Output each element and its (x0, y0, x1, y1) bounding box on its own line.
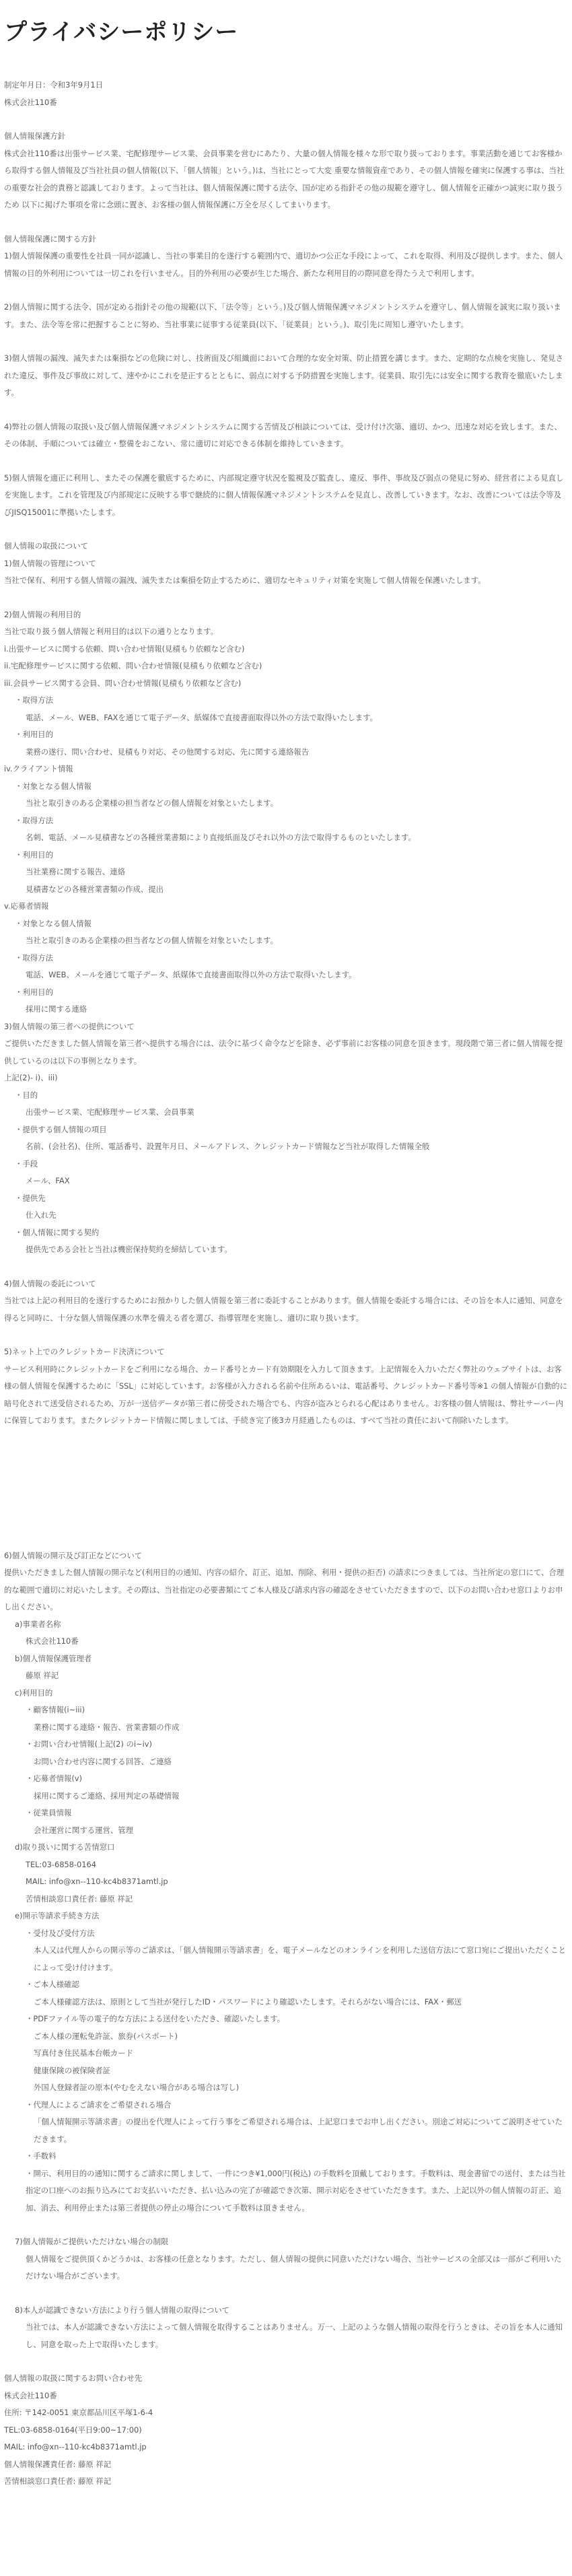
section-text: ご提供いただきました個人情報を第三者へ提供する場合には、法令に基づく命令などを除… (4, 1035, 568, 1070)
section-text: 株式会社110番 (4, 1633, 568, 1650)
enacted-date: 制定年月日：令和3年9月1日 (4, 77, 568, 94)
section-text: ・取得方法 (4, 950, 568, 967)
section-text: 名刺、電話、メール見積書などの各種営業書類により直接紙面及びそれ以外の方法で取得… (4, 829, 568, 847)
section-text: 本人又は代理人からの開示等のご請求は、「個人情報開示等請求書」を、電子メールなど… (4, 1942, 568, 1976)
section-heading: 個人情報の取扱について (4, 538, 568, 555)
section-text: 外国人登録者証の原本(やむをえない場合がある場合は写し) (4, 2079, 568, 2097)
section-text: 当社と取引きのある企業様の担当者などの個人情報を対象といたします。 (4, 795, 568, 812)
section-text: ・取得方法 (4, 812, 568, 830)
section-text: ・提供先 (4, 1190, 568, 1208)
section-text: ・従業員情報 (4, 1805, 568, 1822)
section-text: iv.クライアント情報 (4, 761, 568, 778)
section-text: 採用に関する連絡 (4, 1001, 568, 1018)
section-text: ・ご本人様確認 (4, 1976, 568, 1994)
section-text: 採用に関するご連絡、採用判定の基礎情報 (4, 1788, 568, 1805)
section-spacer (4, 214, 568, 231)
privacy-policy-page: プライバシーポリシー 制定年月日：令和3年9月1日 株式会社110番 個人情報保… (0, 0, 572, 2517)
section-text: iii.会員サービス関する会員、問い合わせ情報(見積もり依頼など含む) (4, 675, 568, 693)
section-spacer (4, 1259, 568, 1276)
section-spacer (4, 282, 568, 299)
section-text: 会社運営に関する運営、管理 (4, 1822, 568, 1840)
section-text: ii.宅配修理サービスに関する依頼、問い合わせ情報(見積もり依頼など含む) (4, 658, 568, 675)
section-text: 当社で保有、利用する個人情報の漏洩、滅失または棄損を防止するために、適切なセキュ… (4, 572, 568, 590)
section-text: ・受付及び受付方法 (4, 1925, 568, 1943)
section-text: ・対象となる個人情報 (4, 915, 568, 933)
section-text: ご本人様確認方法は、原則として当社が発行したID・パスワードにより確認いたします… (4, 1994, 568, 2011)
section-text: 電話、WEB、メールを通じて電子データ、紙媒体で直接書面取得以外の方法で取得いた… (4, 967, 568, 984)
section-heading: 5)個人情報を適正に利用し、またその保護を徹底するために、内部規定遵守状況を監視… (4, 470, 568, 522)
section-heading: 4)弊社の個人情報の取扱い及び個人情報保護マネジメントシステムに関する苦情及び相… (4, 419, 568, 453)
section-heading: 個人情報の取扱に関するお問い合わせ先 (4, 2370, 568, 2388)
section-spacer (4, 1430, 568, 1547)
section-text: TEL:03-6858-0164(平日9:00~17:00) (4, 2422, 568, 2439)
policy-sections: 個人情報保護方針株式会社110番は出張サービス業、宅配修理サービス業、会員事業を… (4, 111, 568, 2491)
section-text: MAIL: info@xn--110-kc4b8371amtl.jp (4, 1873, 568, 1891)
section-text: 株式会社110番 (4, 2388, 568, 2405)
section-text: 業務に関する連絡・報告、営業書類の作成 (4, 1719, 568, 1737)
section-text: 「個人情報開示等請求書」の提出を代理人によって行う事をご希望される場合は、上記窓… (4, 2114, 568, 2148)
section-text: 当社で取り扱う個人情報と利用目的は以下の通りとなります。 (4, 623, 568, 641)
section-unrecognized: 8)本人が認識できない方法により行う個人情報の取得について当社では、本人が認識で… (4, 2302, 568, 2354)
section-text: 藤原 祥記 (4, 1667, 568, 1685)
section-heading: 7)個人情報がご提供いただけない場合の制限 (4, 2233, 568, 2251)
section-spacer (4, 402, 568, 419)
section-heading: 8)本人が認識できない方法により行う個人情報の取得について (4, 2302, 568, 2320)
section-spacer (4, 590, 568, 606)
section-text: 個人情報保護責任者: 藤原 祥記 (4, 2456, 568, 2474)
section-text: e)開示等請求手続き方法 (4, 1908, 568, 1925)
section-text: ・利用目的 (4, 847, 568, 864)
section-text: ・お問い合わせ情報(上記(2) のi~iv) (4, 1736, 568, 1753)
section-principles: 個人情報保護に関する方針1)個人情報保護の重要性を社員一同が認識し、当社の事業目… (4, 231, 568, 283)
section-text: 1)個人情報の管理について (4, 555, 568, 573)
page-title: プライバシーポリシー (4, 19, 568, 46)
section-text: ・手数料 (4, 2148, 568, 2165)
section-text: 出張サービス業、宅配修理サービス業、会員事業 (4, 1104, 568, 1121)
section-text: ・顧客情報(i~iii) (4, 1702, 568, 1719)
section-text: ・応募者情報(v) (4, 1770, 568, 1788)
section-heading: 個人情報保護に関する方針 (4, 231, 568, 248)
section-text: 株式会社110番は出張サービス業、宅配修理サービス業、会員事業を営むにあたり、大… (4, 145, 568, 214)
section-text: i.出張サービスに関する依頼、問い合わせ情報(見積もり依頼など含む) (4, 641, 568, 658)
section-heading: 個人情報保護方針 (4, 128, 568, 145)
section-text: 当社と取引きのある企業様の担当者などの個人情報を対象といたします。 (4, 932, 568, 950)
section-text: 仕入れ先 (4, 1207, 568, 1224)
section-principle-5: 5)個人情報を適正に利用し、またその保護を徹底するために、内部規定遵守状況を監視… (4, 470, 568, 522)
section-text: 業務の遂行、問い合わせ、見積もり対応、その他関する対応、先に関する連絡報告 (4, 744, 568, 761)
section-text: メール、FAX (4, 1173, 568, 1190)
section-text: 苦情相談窓口責任者: 藤原 祥記 (4, 1891, 568, 1908)
section-text: 当社では、本人が認識できない方法によって個人情報を取得することはありません。万一… (4, 2319, 568, 2353)
section-heading: 3)個人情報の漏洩、滅失または棄損などの危険に対し、技術面及び組織面において合理… (4, 350, 568, 402)
section-spacer (4, 2285, 568, 2302)
section-not-provided: 7)個人情報がご提供いただけない場合の制限個人情報をご提供頂くかどうかは、お客様… (4, 2233, 568, 2285)
section-contact: 個人情報の取扱に関するお問い合わせ先株式会社110番住所: 〒142-0051 … (4, 2370, 568, 2491)
section-text: 個人情報をご提供頂くかどうかは、お客様の任意となります。ただし、個人情報の提供に… (4, 2251, 568, 2285)
section-text: b)個人情報保護管理者 (4, 1650, 568, 1668)
section-spacer (4, 453, 568, 470)
section-text: ご本人様の運転免許証、旅券(パスポート) (4, 2028, 568, 2046)
section-text: ・PDFファイル等の電子的な方法による送付をいただき、確認いたします。 (4, 2011, 568, 2028)
section-text: ・代理人によるご請求をご希望される場合 (4, 2097, 568, 2114)
section-text: ・取得方法 (4, 692, 568, 709)
section-principle-3: 3)個人情報の漏洩、滅失または棄損などの危険に対し、技術面及び組織面において合理… (4, 350, 568, 402)
section-principle-2: 2)個人情報に関する法令、国が定める指針その他の規範(以下、「法令等」という。)… (4, 299, 568, 333)
section-heading: 5)ネット上でのクレジットカード決済について (4, 1344, 568, 1361)
section-spacer (4, 521, 568, 538)
section-disclosure: 6)個人情報の開示及び訂正などについて提供いただきました個人情報の開示など(利用… (4, 1547, 568, 2217)
section-principle-4: 4)弊社の個人情報の取扱い及び個人情報保護マネジメントシステムに関する苦情及び相… (4, 419, 568, 453)
section-text: サービス利用時にクレジットカードをご利用になる場合、カード番号とカード有効期限を… (4, 1361, 568, 1430)
section-spacer (4, 333, 568, 350)
company-name: 株式会社110番 (4, 94, 568, 112)
section-text: d)取り扱いに関する苦情窓口 (4, 1839, 568, 1856)
section-outsourcing: 4)個人情報の委託について当社では上記の利用目的を遂行するためにお預かりした個人… (4, 1276, 568, 1327)
section-text: c)利用目的 (4, 1685, 568, 1702)
section-text: 提供いただきました個人情報の開示など(利用目的の通知、内容の紹介、訂正、追加、削… (4, 1564, 568, 1616)
section-spacer (4, 111, 568, 128)
section-spacer (4, 2217, 568, 2233)
section-text: 住所: 〒142-0051 東京都品川区平塚1-6-4 (4, 2404, 568, 2422)
section-policy: 個人情報保護方針株式会社110番は出張サービス業、宅配修理サービス業、会員事業を… (4, 128, 568, 214)
section-handling: 個人情報の取扱について1)個人情報の管理について当社で保有、利用する個人情報の漏… (4, 538, 568, 590)
section-text: v.応募者情報 (4, 898, 568, 915)
section-text: a)事業者名称 (4, 1616, 568, 1634)
section-text: 当社では上記の利用目的を遂行するためにお預かりした個人情報を第三者に委託すること… (4, 1292, 568, 1327)
section-credit-card: 5)ネット上でのクレジットカード決済についてサービス利用時にクレジットカードをご… (4, 1344, 568, 1430)
section-text: ・利用目的 (4, 726, 568, 744)
section-heading: 4)個人情報の委託について (4, 1276, 568, 1293)
section-text: 3)個人情報の第三者への提供について (4, 1018, 568, 1036)
section-heading: 6)個人情報の開示及び訂正などについて (4, 1547, 568, 1565)
section-text: 苦情相談窓口責任者: 藤原 祥記 (4, 2473, 568, 2491)
section-heading: 2)個人情報の利用目的 (4, 606, 568, 624)
section-text: ・個人情報に関する契約 (4, 1224, 568, 1242)
section-text: 上記(2)- i)、iii) (4, 1070, 568, 1087)
section-purpose: 2)個人情報の利用目的当社で取り扱う個人情報と利用目的は以下の通りとなります。i… (4, 606, 568, 1259)
section-text: ・開示、利用目的の通知に関するご請求に関しまして、一件につき¥1,000円(税込… (4, 2165, 568, 2217)
section-text: 提供先である会社と当社は機密保持契約を締結しています。 (4, 1241, 568, 1259)
section-text: 電話、メール、WEB、FAXを通じて電子データ、紙媒体で直接書面取得以外の方法で… (4, 709, 568, 727)
section-text: 当社業務に関する報告、連絡 (4, 864, 568, 881)
section-text: ・対象となる個人情報 (4, 778, 568, 796)
section-text: お問い合わせ内容に関する回答、ご連絡 (4, 1753, 568, 1771)
section-spacer (4, 1327, 568, 1344)
section-text: 名前、(会社名)、住所、電話番号、設置年月日、メールアドレス、クレジットカード情… (4, 1138, 568, 1156)
section-text: ・提供する個人情報の項目 (4, 1121, 568, 1139)
section-text: MAIL: info@xn--110-kc4b8371amtl.jp (4, 2439, 568, 2456)
section-text: 健康保険の被保険者証 (4, 2062, 568, 2080)
section-text: ・手段 (4, 1156, 568, 1173)
document-meta: 制定年月日：令和3年9月1日 株式会社110番 (4, 77, 568, 111)
section-text: ・目的 (4, 1087, 568, 1105)
section-spacer (4, 2353, 568, 2370)
section-text: TEL:03-6858-0164 (4, 1856, 568, 1874)
section-text: 写真付き住民基本台帳カード (4, 2045, 568, 2062)
section-heading: 2)個人情報に関する法令、国が定める指針その他の規範(以下、「法令等」という。)… (4, 299, 568, 333)
section-text: 1)個人情報保護の重要性を社員一同が認識し、当社の事業目的を遂行する範囲内で、適… (4, 248, 568, 282)
section-text: ・利用目的 (4, 984, 568, 1002)
section-text: 見積書などの各種営業書類の作成、提出 (4, 881, 568, 899)
